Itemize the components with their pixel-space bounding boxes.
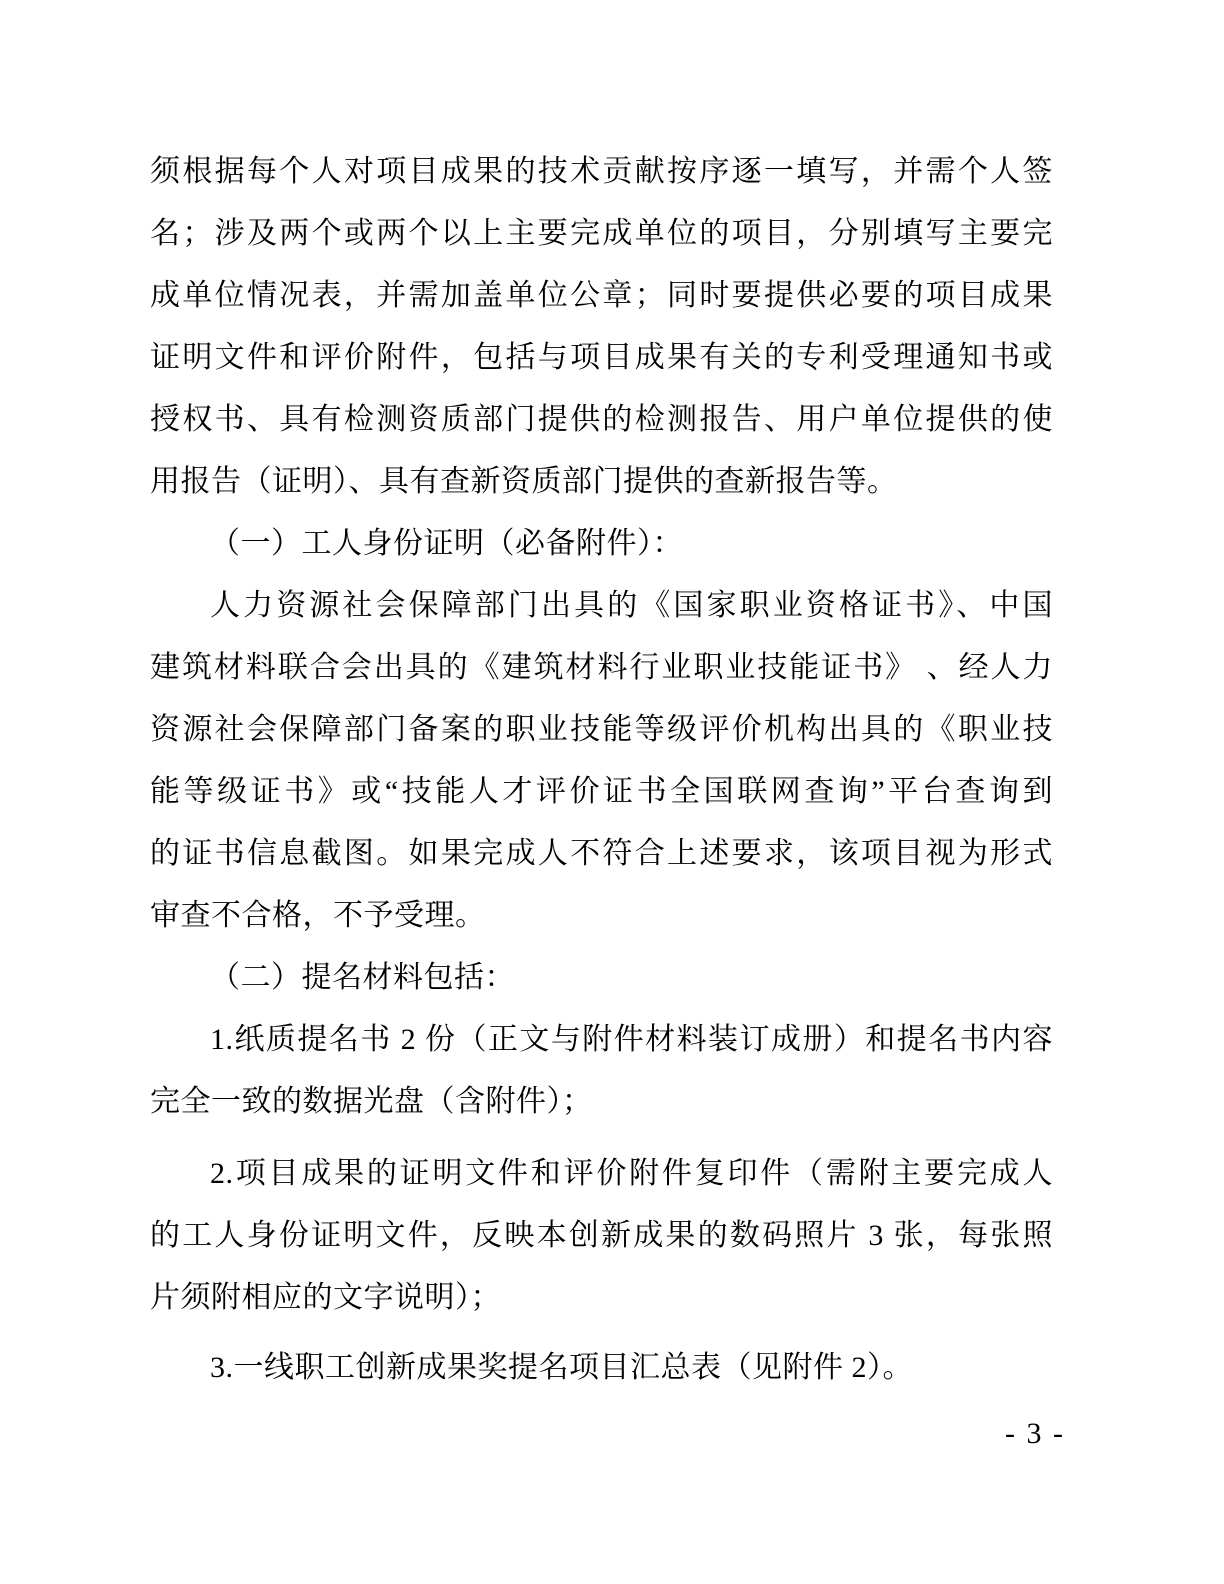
document-body: 须根据每个人对项目成果的技术贡献按序逐一填写，并需个人签名；涉及两个或两个以上主…	[150, 141, 1053, 1399]
paragraph: （二）提名材料包括：	[150, 947, 1053, 1009]
text-line: 能等级证书》或“技能人才评价证书全国联网查询”平台查询到	[150, 761, 1053, 823]
text-line: 资源社会保障部门备案的职业技能等级评价机构出具的《职业技	[150, 699, 1053, 761]
text-line: 2.项目成果的证明文件和评价附件复印件（需附主要完成人	[150, 1143, 1053, 1205]
text-line: 完全一致的数据光盘（含附件）；	[150, 1071, 1053, 1133]
paragraph: 须根据每个人对项目成果的技术贡献按序逐一填写，并需个人签名；涉及两个或两个以上主…	[150, 141, 1053, 513]
text-line: 授权书、具有检测资质部门提供的检测报告、用户单位提供的使	[150, 389, 1053, 451]
text-line: 片须附相应的文字说明）；	[150, 1267, 1053, 1329]
text-line: （一）工人身份证明（必备附件）：	[150, 513, 1053, 575]
text-line: 证明文件和评价附件，包括与项目成果有关的专利受理通知书或	[150, 327, 1053, 389]
text-line: 的证书信息截图。如果完成人不符合上述要求，该项目视为形式	[150, 823, 1053, 885]
text-line: 名；涉及两个或两个以上主要完成单位的项目，分别填写主要完	[150, 203, 1053, 265]
text-line: 成单位情况表，并需加盖单位公章；同时要提供必要的项目成果	[150, 265, 1053, 327]
paragraph: 人力资源社会保障部门出具的《国家职业资格证书》、中国建筑材料联合会出具的《建筑材…	[150, 575, 1053, 947]
paragraph: 1.纸质提名书 2 份（正文与附件材料装订成册）和提名书内容完全一致的数据光盘（…	[150, 1009, 1053, 1133]
text-line: 审查不合格，不予受理。	[150, 885, 1053, 947]
text-line: 须根据每个人对项目成果的技术贡献按序逐一填写，并需个人签	[150, 141, 1053, 203]
text-line: （二）提名材料包括：	[150, 947, 1053, 1009]
text-line: 建筑材料联合会出具的《建筑材料行业职业技能证书》 、经人力	[150, 637, 1053, 699]
text-line: 3.一线职工创新成果奖提名项目汇总表（见附件 2）。	[150, 1337, 1053, 1399]
text-line: 的工人身份证明文件，反映本创新成果的数码照片 3 张，每张照	[150, 1205, 1053, 1267]
text-line: 人力资源社会保障部门出具的《国家职业资格证书》、中国	[150, 575, 1053, 637]
paragraph: 2.项目成果的证明文件和评价附件复印件（需附主要完成人的工人身份证明文件，反映本…	[150, 1143, 1053, 1329]
paragraph: 3.一线职工创新成果奖提名项目汇总表（见附件 2）。	[150, 1337, 1053, 1399]
paragraph: （一）工人身份证明（必备附件）：	[150, 513, 1053, 575]
text-line: 1.纸质提名书 2 份（正文与附件材料装订成册）和提名书内容	[150, 1009, 1053, 1071]
text-line: 用报告（证明）、具有查新资质部门提供的查新报告等。	[150, 451, 1053, 513]
page-number: - 3 -	[980, 1412, 1090, 1456]
